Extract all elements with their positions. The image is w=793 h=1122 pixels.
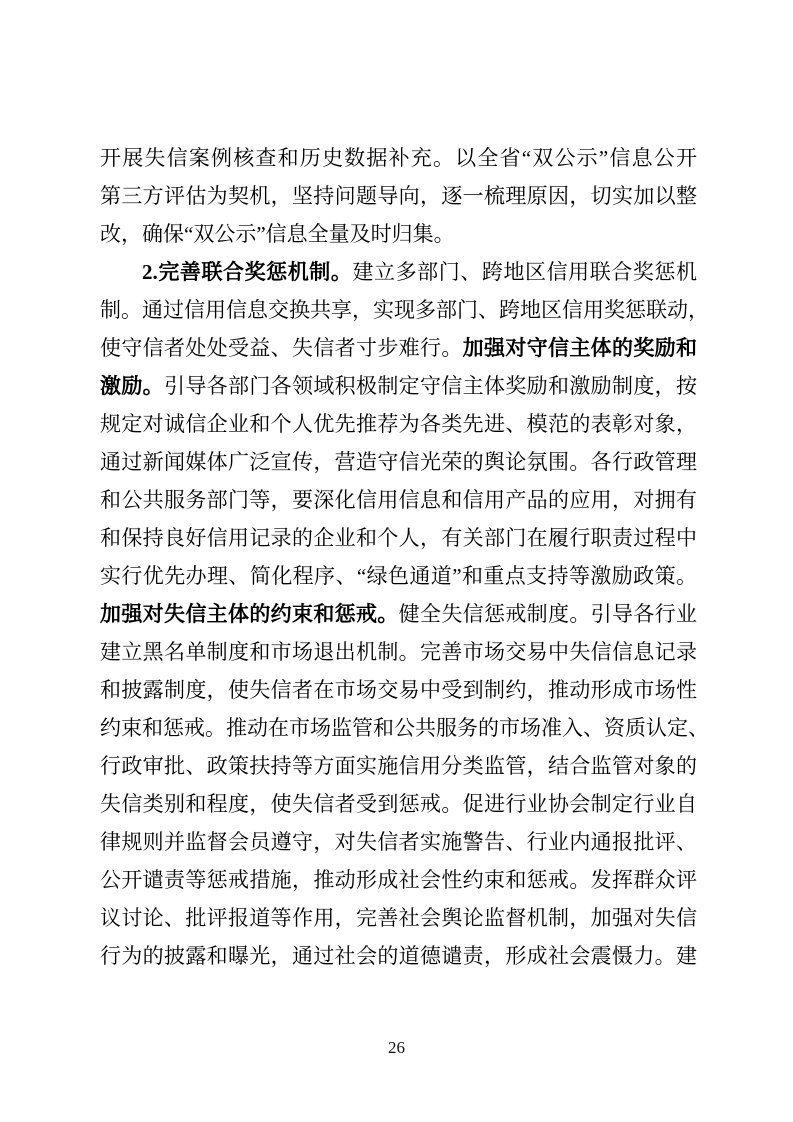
text-run: 使守信者处处受益、失信者寸步难行。 [100,336,463,360]
bold-text-run: 2.完善联合奖惩机制。 [142,260,352,284]
document-body: 开展失信案例核查和历史数据补充。以全省“双公示”信息公开第三方评估为契机，坚持问… [100,139,697,975]
text-line: 和公共服务部门等，要深化信用信息和信用产品的应用，对拥有 [100,481,697,519]
bold-text-run: 激励。 [100,374,164,398]
text-run: 通过新闻媒体广泛宣传，营造守信光荣的舆论氛围。各行政管理 [100,450,697,474]
text-run: 改，确保“双公示”信息全量及时归集。 [100,222,455,246]
text-line: 制。通过信用信息交换共享，实现多部门、跨地区信用奖惩联动， [100,291,697,329]
page-number: 26 [0,1038,793,1058]
text-line: 激励。引导各部门各领域积极制定守信主体奖励和激励制度，按 [100,367,697,405]
text-run: 实行优先办理、简化程序、“绿色通道”和重点支持等激励政策。 [100,564,697,588]
text-run: 律规则并监督会员遵守，对失信者实施警告、行业内通报批评、 [100,830,697,854]
text-run: 公开谴责等惩戒措施，推动形成社会性约束和惩戒。发挥群众评 [100,868,697,892]
text-line: 行为的披露和曝光，通过社会的道德谴责，形成社会震慑力。建 [100,937,697,975]
document-page: 开展失信案例核查和历史数据补充。以全省“双公示”信息公开第三方评估为契机，坚持问… [0,0,793,1122]
text-line: 约束和惩戒。推动在市场监管和公共服务的市场准入、资质认定、 [100,709,697,747]
text-run: 约束和惩戒。推动在市场监管和公共服务的市场准入、资质认定、 [100,716,709,740]
text-run: 失信类别和程度，使失信者受到惩戒。促进行业协会制定行业自 [100,792,697,816]
text-line: 改，确保“双公示”信息全量及时归集。 [100,215,697,253]
text-line: 加强对失信主体的约束和惩戒。健全失信惩戒制度。引导各行业 [100,595,697,633]
text-run: 行政审批、政策扶持等方面实施信用分类监管，结合监管对象的 [100,754,697,778]
text-line: 和保持良好信用记录的企业和个人，有关部门在履行职责过程中 [100,519,697,557]
text-run: 健全失信惩戒制度。引导各行业 [399,602,697,626]
text-line: 第三方评估为契机，坚持问题导向，逐一梳理原因，切实加以整 [100,177,697,215]
text-line: 使守信者处处受益、失信者寸步难行。加强对守信主体的奖励和 [100,329,697,367]
text-run: 制。通过信用信息交换共享，实现多部门、跨地区信用奖惩联动， [100,298,709,322]
text-line: 律规则并监督会员遵守，对失信者实施警告、行业内通报批评、 [100,823,697,861]
text-run: 和保持良好信用记录的企业和个人，有关部门在履行职责过程中 [100,526,697,550]
text-line: 行政审批、政策扶持等方面实施信用分类监管，结合监管对象的 [100,747,697,785]
text-line: 和披露制度，使失信者在市场交易中受到制约，推动形成市场性 [100,671,697,709]
text-run: 开展失信案例核查和历史数据补充。以全省“双公示”信息公开 [100,146,697,170]
text-run: 行为的披露和曝光，通过社会的道德谴责，形成社会震慑力。建 [100,944,697,968]
text-line: 失信类别和程度，使失信者受到惩戒。促进行业协会制定行业自 [100,785,697,823]
text-run: 第三方评估为契机，坚持问题导向，逐一梳理原因，切实加以整 [100,184,697,208]
text-line: 公开谴责等惩戒措施，推动形成社会性约束和惩戒。发挥群众评 [100,861,697,899]
text-line: 开展失信案例核查和历史数据补充。以全省“双公示”信息公开 [100,139,697,177]
bold-text-run: 加强对守信主体的奖励和 [463,336,697,360]
text-run: 和披露制度，使失信者在市场交易中受到制约，推动形成市场性 [100,678,697,702]
bold-text-run: 加强对失信主体的约束和惩戒。 [100,602,399,626]
text-run: 引导各部门各领域积极制定守信主体奖励和激励制度，按 [164,374,697,398]
text-run: 和公共服务部门等，要深化信用信息和信用产品的应用，对拥有 [100,488,697,512]
text-line: 建立黑名单制度和市场退出机制。完善市场交易中失信信息记录 [100,633,697,671]
text-line: 议讨论、批评报道等作用，完善社会舆论监督机制，加强对失信 [100,899,697,937]
text-run: 建立黑名单制度和市场退出机制。完善市场交易中失信信息记录 [100,640,697,664]
text-run: 议讨论、批评报道等作用，完善社会舆论监督机制，加强对失信 [100,906,697,930]
text-line: 2.完善联合奖惩机制。建立多部门、跨地区信用联合奖惩机 [100,253,697,291]
text-run: 规定对诚信企业和个人优先推荐为各类先进、模范的表彰对象， [100,412,697,436]
text-line: 规定对诚信企业和个人优先推荐为各类先进、模范的表彰对象， [100,405,697,443]
text-line: 实行优先办理、简化程序、“绿色通道”和重点支持等激励政策。 [100,557,697,595]
text-line: 通过新闻媒体广泛宣传，营造守信光荣的舆论氛围。各行政管理 [100,443,697,481]
text-run: 建立多部门、跨地区信用联合奖惩机 [352,260,697,284]
